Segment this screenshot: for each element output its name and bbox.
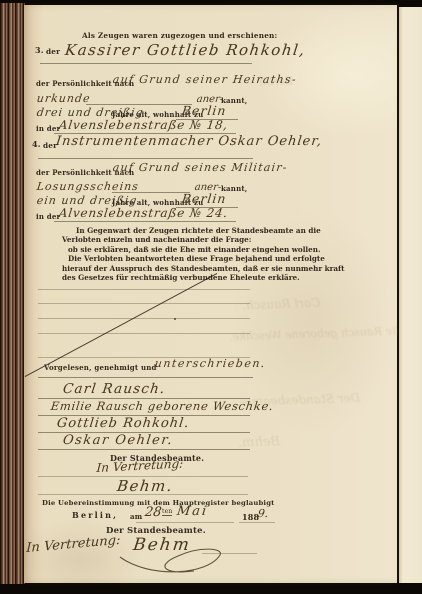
declaration-line: des Gesetzes für rechtmäßig verbundene E… (62, 273, 302, 282)
witness4-name-handwritten: Instrumentenmacher Oskar Oehler, (55, 134, 323, 149)
registrar-signature-behm: Behm. (116, 477, 174, 495)
ruled-line (136, 522, 234, 523)
witness4-number: 4. (32, 139, 41, 149)
witness4-id-value-1: auf Grund seines Militair- (112, 161, 288, 174)
date-city-printed: Berlin, (72, 510, 118, 520)
ruled-line (202, 553, 257, 554)
witness4-city-handwritten: Berlin (181, 191, 227, 206)
ruled-line (38, 289, 250, 290)
bleedthrough-text: Behm. (238, 434, 281, 450)
date-am-printed: am (130, 512, 142, 521)
witness3-addr-label: in der (36, 124, 60, 133)
ruled-line (86, 104, 192, 105)
ruled-line (40, 63, 252, 64)
bleedthrough-text: Berlin (259, 74, 293, 88)
declaration-line: hierauf der Ausspruch des Standesbeamten… (62, 264, 302, 273)
bleedthrough-text: Emilie Rausch geborene Weschke. (229, 324, 421, 344)
ruled-line (38, 377, 253, 378)
witness4-addr-handwritten: Alvenslebenstraße № 24. (58, 206, 229, 220)
book-page-stack-edge (0, 3, 25, 584)
bleedthrough-text: Der Standesbeamte. (236, 391, 361, 409)
bleedthrough-text: Carl Rausch. (242, 296, 321, 313)
register-page: Als Zeugen waren zugezogen und erschiene… (24, 5, 397, 583)
ruled-line (38, 333, 250, 334)
ruled-line (38, 158, 253, 159)
ruled-line (38, 303, 250, 304)
ruled-line (54, 221, 236, 222)
witness3-id-value-2: urkunde (36, 92, 91, 105)
declaration-line: ob sie erklären, daß sie die Ehe mit ein… (68, 245, 302, 254)
witness3-number: 3. (35, 45, 44, 55)
witness4-addr-label: in der (36, 212, 60, 221)
signature-oskar-oehler: Oskar Oehler. (62, 433, 174, 448)
date-year-handwritten: 9. (257, 507, 269, 520)
ruled-line (112, 192, 190, 193)
ruled-line (38, 494, 248, 495)
signature-carl-rausch: Carl Rausch. (62, 381, 167, 397)
date-month-handwritten: Mai (176, 504, 209, 519)
ruled-line (38, 449, 250, 450)
signature-flourish (116, 549, 236, 583)
ruled-line (38, 318, 250, 319)
ruled-line (239, 522, 275, 523)
declaration-line: Verlobten einzeln und nacheinander die F… (62, 235, 302, 244)
witness3-name-handwritten: Kassirer Gottlieb Rohkohl, (64, 41, 307, 59)
witness3-addr-handwritten: Alvenslebenstraße № 18, (58, 118, 229, 132)
deputy-note-final-handwritten: In Vertretung: (26, 533, 121, 556)
declaration-line: In Gegenwart der Zeugen richtete der Sta… (76, 226, 302, 235)
witness-intro-text: Als Zeugen waren zugezogen und erschiene… (82, 31, 277, 40)
signature-gottlieb-rohkohl: Gottlieb Rohkohl. (56, 416, 190, 431)
register-book-photo: Als Zeugen waren zugezogen und erschiene… (0, 0, 422, 594)
ink-dot (174, 318, 176, 320)
declaration-paragraph: In Gegenwart der Zeugen richtete der Sta… (62, 226, 302, 282)
next-page-fore-edge (399, 7, 422, 583)
date-day-suffix: ten (162, 508, 172, 516)
witness3-city-handwritten: Berlin (181, 103, 227, 118)
witness3-article: der (46, 47, 60, 56)
closing-handwritten: unterschrieben. (154, 357, 267, 370)
closing-printed: Vorgelesen, genehmigt und (44, 363, 157, 372)
date-day-handwritten: 28 (144, 505, 162, 520)
declaration-line: Die Verlobten beantworteten diese Frage … (68, 254, 302, 263)
